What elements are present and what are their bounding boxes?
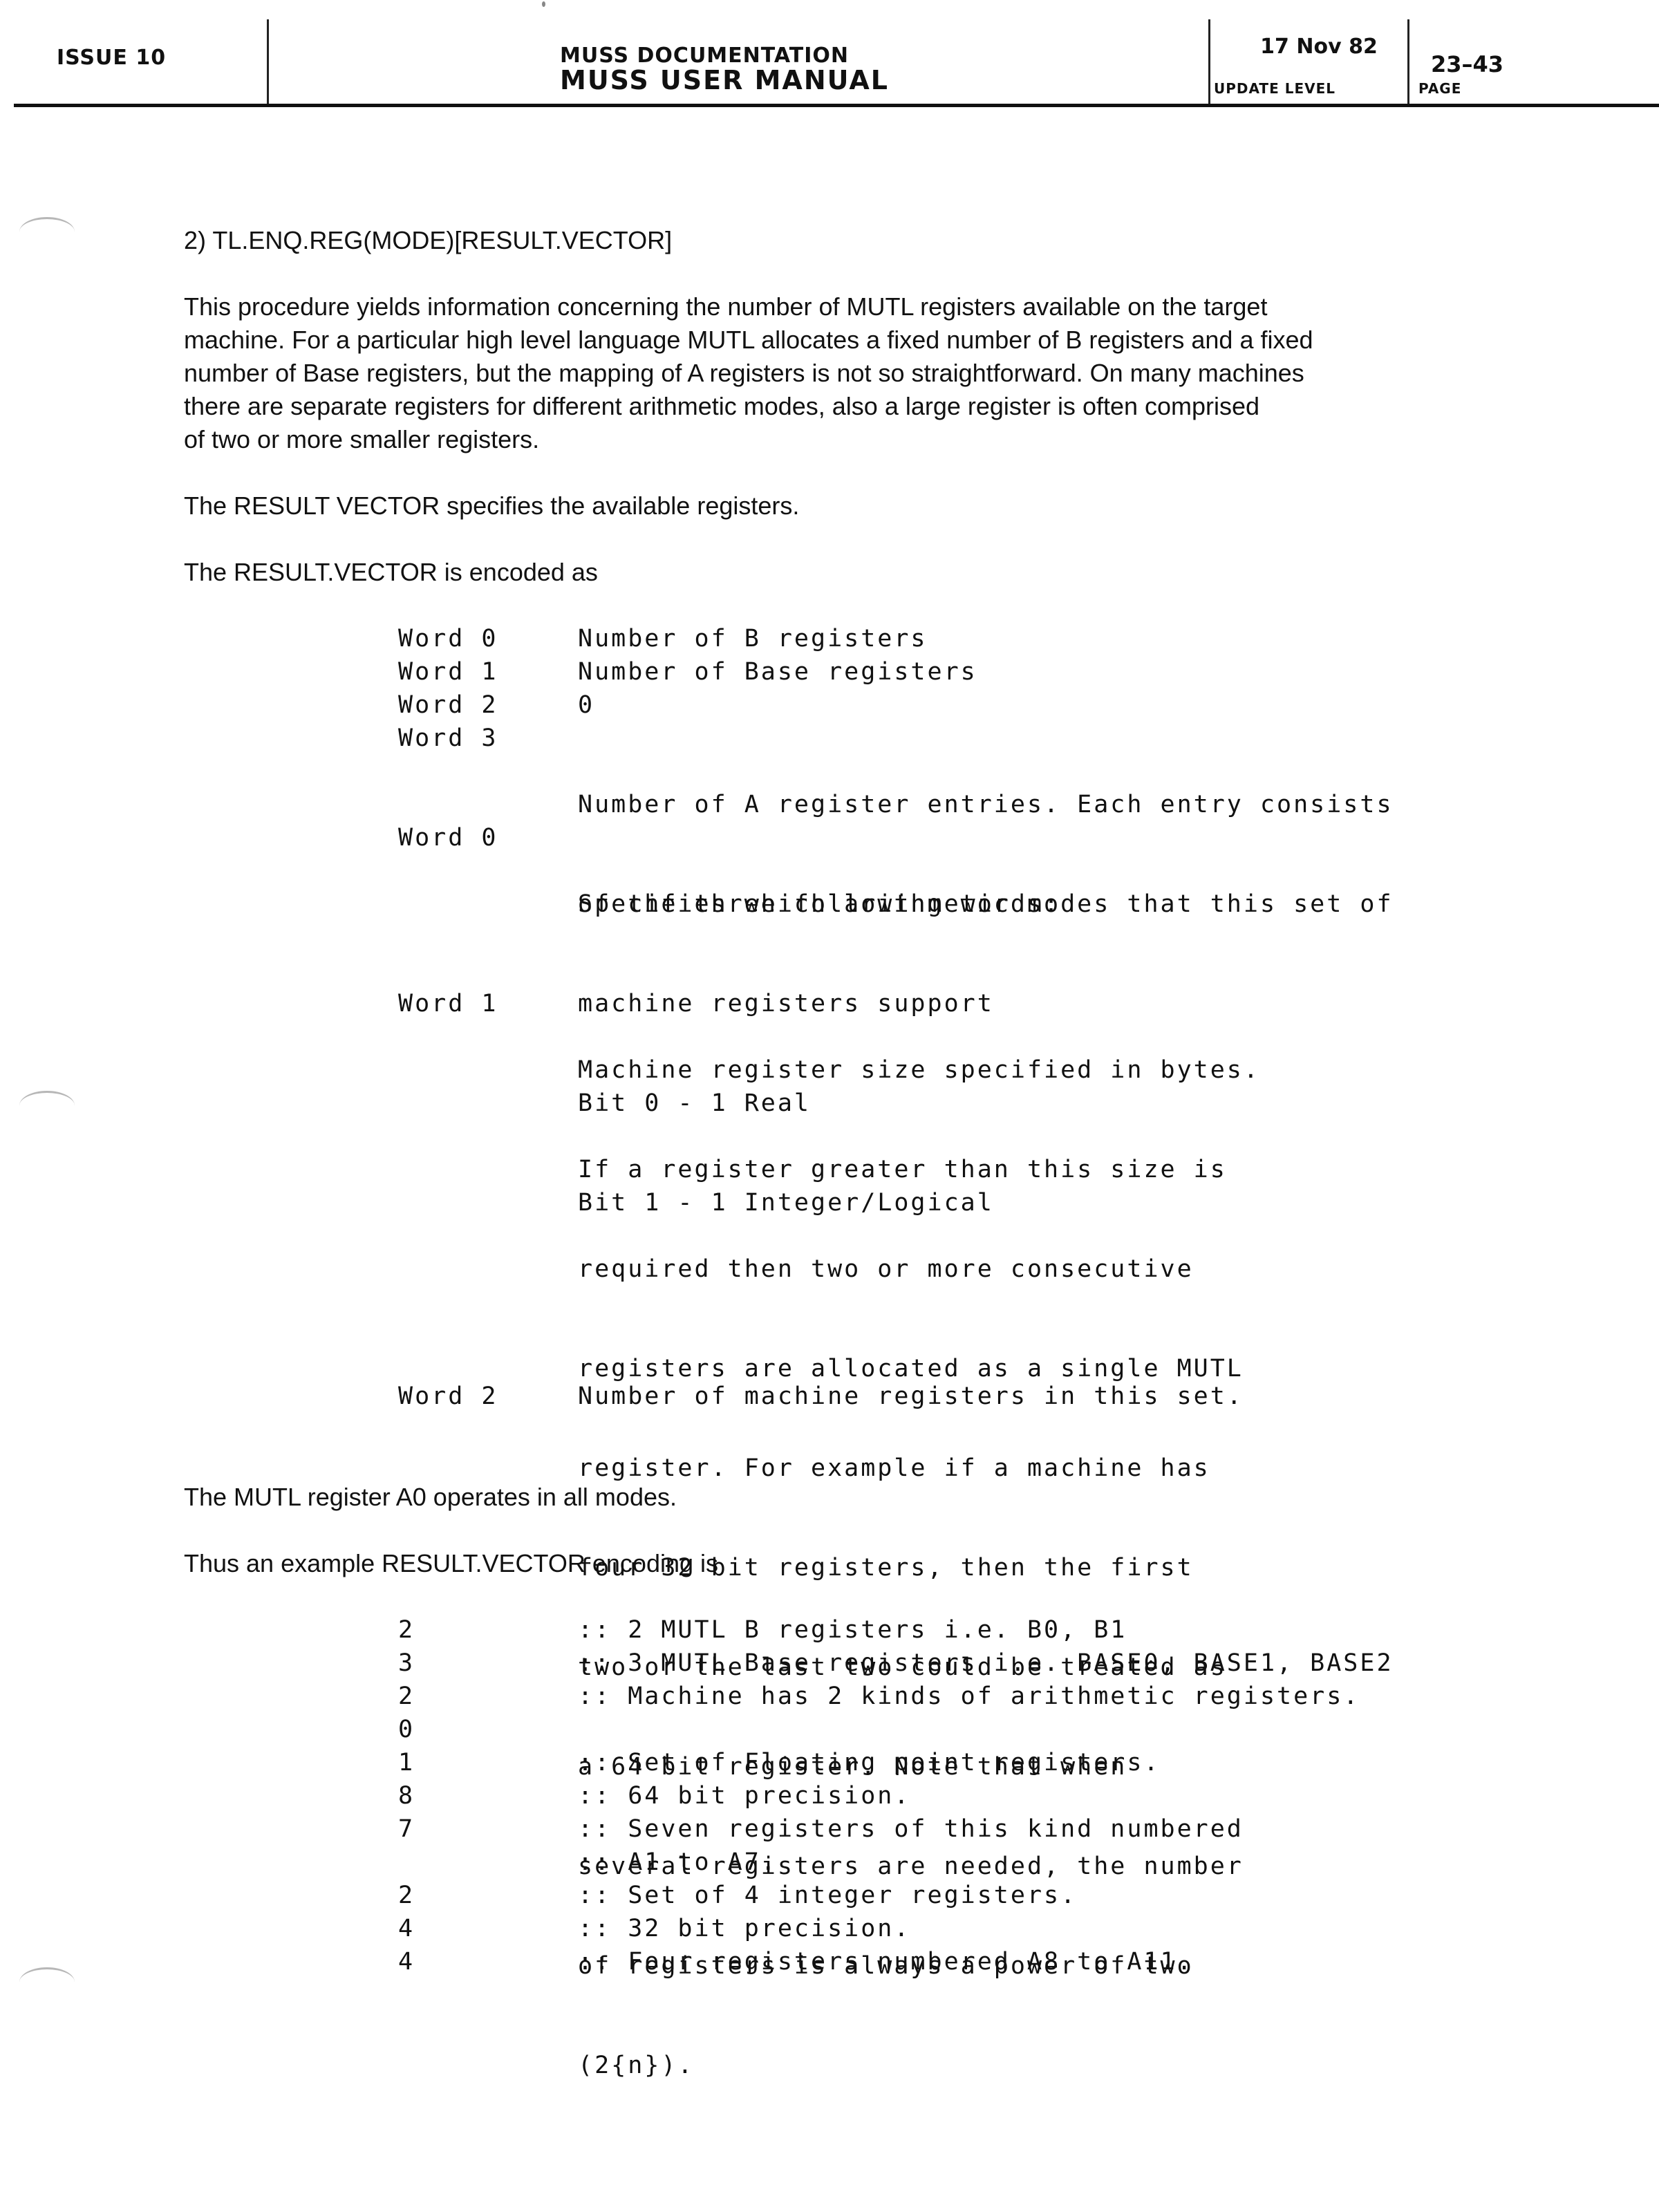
header-rule [14, 104, 1659, 107]
description-line: (2{n}). [578, 2049, 1504, 2082]
example-row: 1:: Set of Floating point registers. [398, 1746, 1504, 1779]
example-row: 3:: 3 MUTL Base registers i.e. BASE0, BA… [398, 1647, 1504, 1680]
encoded-value: 2 [398, 1879, 578, 1912]
encoded-sentence: The RESULT.VECTOR is encoded as [184, 556, 1511, 589]
example-row: 7:: Seven registers of this kind numbere… [398, 1812, 1504, 1846]
issue-label: ISSUE 10 [57, 46, 166, 70]
encoded-comment: :: Set of Floating point registers. [578, 1746, 1504, 1779]
document-page: ISSUE 10 MUSS DOCUMENTATION MUSS USER MA… [0, 0, 1659, 2212]
binder-hole-mark [19, 1091, 75, 1121]
encoded-comment: :: 2 MUTL B registers i.e. B0, B1 [578, 1613, 1504, 1647]
update-level-label: UPDATE LEVEL [1214, 80, 1335, 97]
word-description: 0 [578, 688, 1504, 722]
doc-title-line2: MUSS USER MANUAL [560, 66, 889, 94]
encoded-value: 4 [398, 1912, 578, 1945]
encoded-value: 1 [398, 1746, 578, 1779]
page-header: ISSUE 10 MUSS DOCUMENTATION MUSS USER MA… [14, 19, 1659, 105]
update-date: 17 Nov 82 [1236, 35, 1402, 59]
definition-row: Word 2 Number of machine registers in th… [398, 1380, 1504, 1413]
example-row: 4:: 32 bit precision. [398, 1912, 1504, 1945]
paragraph-line: machine. For a particular high level lan… [184, 324, 1511, 357]
document-title: MUSS DOCUMENTATION MUSS USER MANUAL [560, 46, 889, 94]
description-line: required then two or more consecutive [578, 1253, 1504, 1286]
section-heading: 2) TL.ENQ.REG(MODE)[RESULT.VECTOR] [184, 224, 1511, 257]
doc-title-line1: MUSS DOCUMENTATION [560, 46, 889, 66]
word-description: Number of machine registers in this set. [578, 1380, 1504, 1413]
paragraph-line: there are separate registers for differe… [184, 390, 1511, 423]
encoded-comment: :: Machine has 2 kinds of arithmetic reg… [578, 1680, 1504, 1713]
page-number: 23–43 [1431, 51, 1503, 77]
example-row: 2:: Machine has 2 kinds of arithmetic re… [398, 1680, 1504, 1713]
example-row: 2:: Set of 4 integer registers. [398, 1879, 1504, 1912]
intro-paragraph: This procedure yields information concer… [184, 290, 1511, 456]
definition-row: Word 1 Number of Base registers [398, 655, 1504, 688]
encoded-comment: :: Set of 4 integer registers. [578, 1879, 1504, 1912]
page-label: PAGE [1418, 80, 1461, 97]
binder-hole-mark [19, 1967, 75, 1997]
encoded-comment: :: Seven registers of this kind numbered [578, 1812, 1504, 1846]
encoded-comment [578, 1713, 1504, 1746]
encoded-value: 2 [398, 1680, 578, 1713]
description-line: register. For example if a machine has [578, 1452, 1504, 1485]
definition-row: Word 2 0 [398, 688, 1504, 722]
word-description: Number of B registers [578, 622, 1504, 655]
description-line: If a register greater than this size is [578, 1153, 1504, 1186]
binder-hole-mark [19, 217, 75, 247]
entry-word-2: Word 2 Number of machine registers in th… [398, 1380, 1504, 1413]
example-row: 0 [398, 1713, 1504, 1746]
description-line: Machine register size specified in bytes… [578, 1053, 1504, 1087]
description-line: Specifies which arithmetic modes that th… [578, 888, 1504, 921]
encoded-value: 0 [398, 1713, 578, 1746]
encoded-value: 7 [398, 1812, 578, 1846]
encoded-value: 8 [398, 1779, 578, 1812]
header-divider [267, 19, 269, 105]
example-sentence: Thus an example RESULT.VECTOR encoding i… [184, 1547, 1511, 1580]
encoded-comment: :: 32 bit precision. [578, 1912, 1504, 1945]
example-row: 2:: 2 MUTL B registers i.e. B0, B1 [398, 1613, 1504, 1647]
scan-speck [542, 1, 545, 7]
paragraph-line: This procedure yields information concer… [184, 290, 1511, 324]
word-description: Number of Base registers [578, 655, 1504, 688]
header-divider [1208, 19, 1210, 105]
word-key: Word 2 [398, 1380, 578, 1413]
encoded-comment: :: Four registers numbered A8 to A11. [578, 1945, 1504, 1978]
spec-sentence: The RESULT VECTOR specifies the availabl… [184, 489, 1511, 523]
encoded-value: 2 [398, 1613, 578, 1647]
definition-row: Word 0 Number of B registers [398, 622, 1504, 655]
example-row: 4:: Four registers numbered A8 to A11. [398, 1945, 1504, 1978]
example-encoding: 2:: 2 MUTL B registers i.e. B0, B1 3:: 3… [398, 1613, 1504, 1978]
encoded-value: 4 [398, 1945, 578, 1978]
encoded-comment: :: 3 MUTL Base registers i.e. BASE0, BAS… [578, 1647, 1504, 1680]
a0-sentence: The MUTL register A0 operates in all mod… [184, 1481, 1511, 1514]
description-line: Number of A register entries. Each entry… [578, 788, 1504, 821]
word-key: Word 1 [398, 655, 578, 688]
paragraph-line: of two or more smaller registers. [184, 423, 1511, 456]
example-row: :: A1 to A7. [398, 1846, 1504, 1879]
paragraph-line: number of Base registers, but the mappin… [184, 357, 1511, 390]
word-key: Word 2 [398, 688, 578, 722]
encoded-comment: :: A1 to A7. [578, 1846, 1504, 1879]
encoded-comment: :: 64 bit precision. [578, 1779, 1504, 1812]
example-row: 8:: 64 bit precision. [398, 1779, 1504, 1812]
encoded-value [398, 1846, 578, 1879]
encoded-value: 3 [398, 1647, 578, 1680]
word-key: Word 0 [398, 622, 578, 655]
header-divider [1407, 19, 1409, 105]
